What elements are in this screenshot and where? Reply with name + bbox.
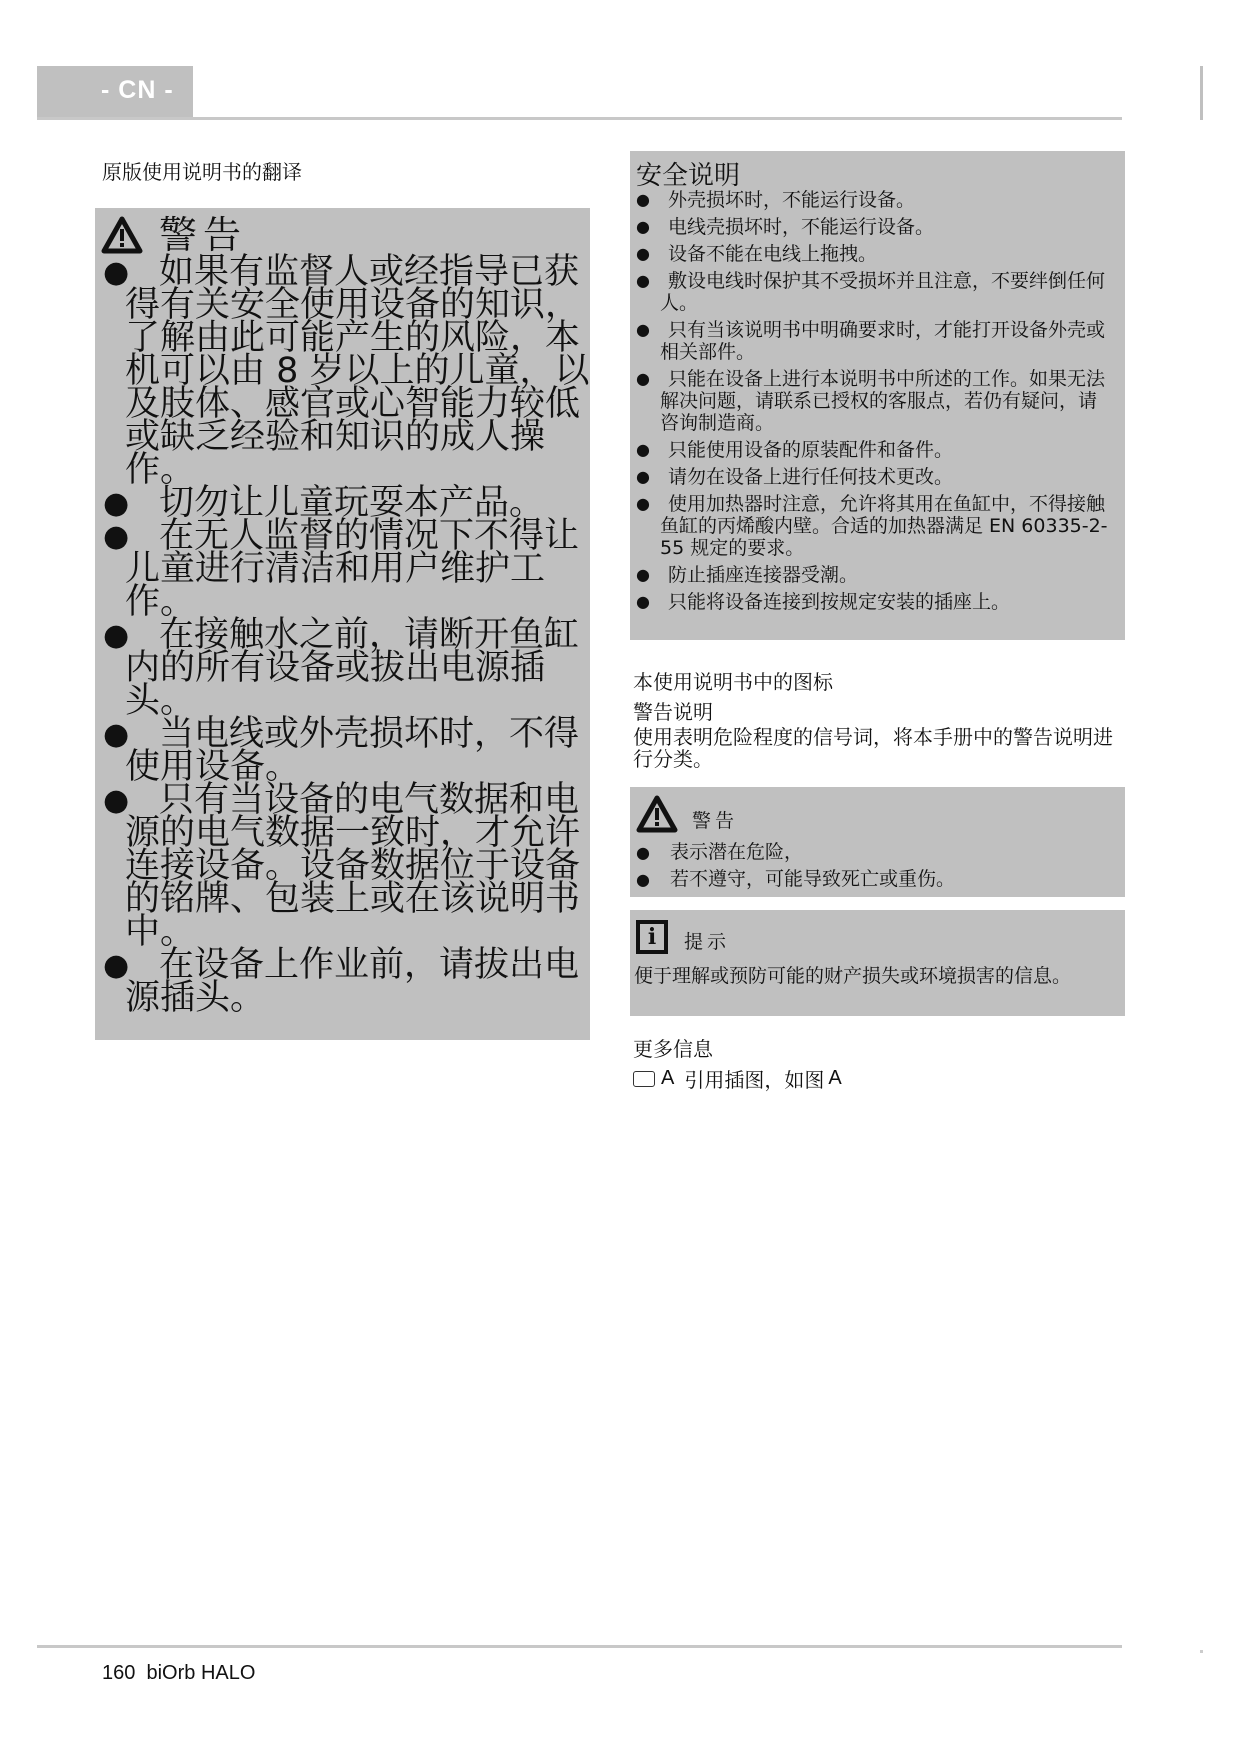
bullet-icon: ● xyxy=(636,591,650,613)
bullet-icon: ● xyxy=(103,949,129,982)
bullet-icon: ● xyxy=(636,368,650,390)
warning-example-item: ●若不遵守，可能导致死亡或重伤。 xyxy=(630,866,955,893)
footer-divider xyxy=(37,1645,1122,1648)
safety-list: ●外壳损坏时，不能运行设备。 ●电线壳损坏时，不能运行设备。 ●设备不能在电线上… xyxy=(630,189,1110,618)
warning-list: ●如果有监督人或经指导已获得有关安全使用设备的知识，了解由此可能产生的风险，本机… xyxy=(95,256,605,1015)
bullet-icon: ● xyxy=(636,866,650,893)
bullet-icon: ● xyxy=(636,243,650,265)
warning-triangle-icon xyxy=(636,795,678,833)
hint-body: 便于理解或预防可能的财产损失或环境损害的信息。 xyxy=(634,966,1114,987)
warning-example-list: ●表示潜在危险， ●若不遵守，可能导致死亡或重伤。 xyxy=(630,839,955,893)
bullet-icon: ● xyxy=(103,619,129,652)
info-icon: i xyxy=(636,920,668,954)
page-edge-marker xyxy=(1200,1650,1203,1653)
warning-item: ●如果有监督人或经指导已获得有关安全使用设备的知识，了解由此可能产生的风险，本机… xyxy=(95,256,605,487)
bullet-icon: ● xyxy=(103,718,129,751)
document-subtitle: 原版使用说明书的翻译 xyxy=(102,156,302,185)
safety-title: 安全说明 xyxy=(636,155,740,192)
safety-item: ●只能在设备上进行本说明书中所述的工作。如果无法解决问题，请联系已授权的客服点，… xyxy=(630,368,1110,434)
warning-item: ●当电线或外壳损坏时，不得使用设备。 xyxy=(95,718,605,784)
header-divider xyxy=(37,117,1122,120)
safety-item: ●使用加热器时注意，允许将其用在鱼缸中，不得接触鱼缸的丙烯酸内壁。合适的加热器满… xyxy=(630,493,1110,559)
warning-example-header: 警告 xyxy=(636,795,738,833)
safety-item: ●防止插座连接器受潮。 xyxy=(630,564,1110,586)
symbols-heading: 本使用说明书中的图标 xyxy=(633,666,833,695)
warning-item: ●在无人监督的情况下不得让儿童进行清洁和用户维护工作。 xyxy=(95,520,605,619)
bullet-icon: ● xyxy=(636,270,650,292)
safety-item: ●请勿在设备上进行任何技术更改。 xyxy=(630,466,1110,488)
bullet-icon: ● xyxy=(636,319,650,341)
warning-notes-heading: 警告说明 xyxy=(633,696,713,725)
bullet-icon: ● xyxy=(103,487,129,520)
hint-title: 提示 xyxy=(684,927,730,954)
page-edge-marker xyxy=(1200,66,1203,120)
warning-example-box: 警告 ●表示潜在危险， ●若不遵守，可能导致死亡或重伤。 xyxy=(630,787,1125,897)
bullet-icon: ● xyxy=(636,189,650,211)
bullet-icon: ● xyxy=(636,439,650,461)
warning-item: ●在接触水之前，请断开鱼缸内的所有设备或拔出电源插头。 xyxy=(95,619,605,718)
warning-item: ●在设备上作业前，请拔出电源插头。 xyxy=(95,949,605,1015)
figure-reference: A 引用插图，如图 A xyxy=(633,1064,842,1093)
warning-box: 警告 ●如果有监督人或经指导已获得有关安全使用设备的知识，了解由此可能产生的风险… xyxy=(95,208,590,1040)
warning-triangle-icon xyxy=(101,216,143,254)
warning-notes-description: 使用表明危险程度的信号词，将本手册中的警告说明进行分类。 xyxy=(633,726,1123,770)
safety-instructions-box: 安全说明 ●外壳损坏时，不能运行设备。 ●电线壳损坏时，不能运行设备。 ●设备不… xyxy=(630,151,1125,640)
figure-reference-icon xyxy=(633,1071,655,1087)
hint-example-box: i 提示 便于理解或预防可能的财产损失或环境损害的信息。 xyxy=(630,910,1125,1016)
figure-reference-text: 引用插图，如图 xyxy=(684,1064,824,1093)
safety-item: ●电线壳损坏时，不能运行设备。 xyxy=(630,216,1110,238)
figure-reference-target: A xyxy=(828,1067,841,1090)
bullet-icon: ● xyxy=(636,839,650,866)
safety-item: ●只有当该说明书中明确要求时，才能打开设备外壳或相关部件。 xyxy=(630,319,1110,363)
safety-item: ●敷设电线时保护其不受损坏并且注意，不要绊倒任何人。 xyxy=(630,270,1110,314)
page-footer: 160 biOrb HALO xyxy=(102,1662,255,1685)
safety-item: ●设备不能在电线上拖拽。 xyxy=(630,243,1110,265)
figure-reference-letter: A xyxy=(661,1067,674,1090)
bullet-icon: ● xyxy=(103,256,129,289)
language-tab: - CN - xyxy=(37,66,193,118)
language-label: - CN - xyxy=(101,76,174,105)
bullet-icon: ● xyxy=(636,564,650,586)
warning-item: ●只有当设备的电气数据和电源的电气数据一致时，才允许连接设备。设备数据位于设备的… xyxy=(95,784,605,949)
bullet-icon: ● xyxy=(636,466,650,488)
safety-item: ●只能将设备连接到按规定安装的插座上。 xyxy=(630,591,1110,613)
hint-header: i 提示 xyxy=(636,920,730,954)
safety-item: ●只能使用设备的原装配件和备件。 xyxy=(630,439,1110,461)
bullet-icon: ● xyxy=(103,784,129,817)
more-info-heading: 更多信息 xyxy=(633,1033,713,1062)
warning-example-item: ●表示潜在危险， xyxy=(630,839,955,866)
bullet-icon: ● xyxy=(636,493,650,515)
bullet-icon: ● xyxy=(636,216,650,238)
bullet-icon: ● xyxy=(103,520,129,553)
warning-example-title: 警告 xyxy=(692,806,738,833)
safety-item: ●外壳损坏时，不能运行设备。 xyxy=(630,189,1110,211)
